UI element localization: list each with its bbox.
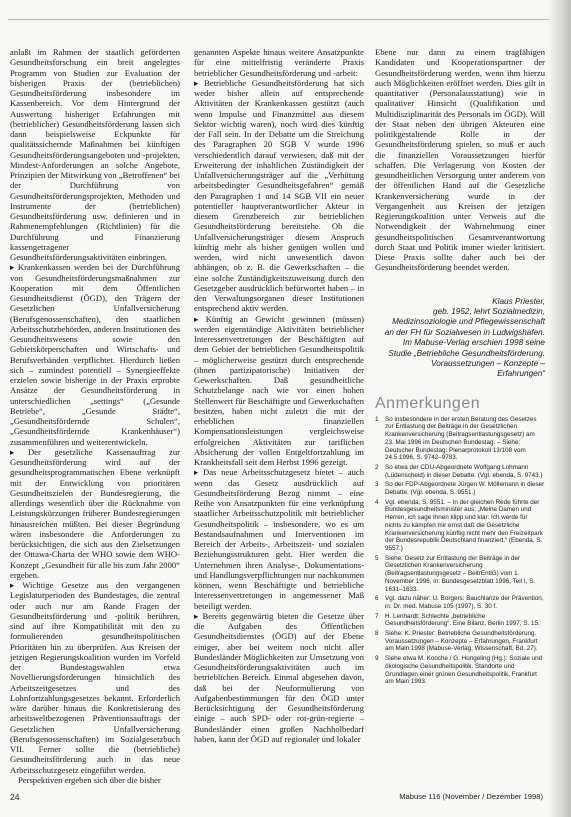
footnote-number: 4 (375, 499, 385, 553)
column-1: anlaßt im Rahmen der staatlich gefördert… (10, 47, 180, 785)
bullet-paragraph: Künftig an Gewicht gewinnen (müssen) wer… (194, 314, 364, 468)
bio-line: Studie „Betriebliche Gesundheitsförderun… (375, 349, 545, 359)
bullet-paragraph: Krankenkassen werden bei der Durchführun… (10, 262, 180, 447)
footnote-text: Siehe: Gesetz zur Entlastung der Beiträg… (385, 555, 545, 594)
footnote: 4Vgl. ebenda, S. 9551. – In der gleichen… (375, 499, 545, 553)
footnote: 1So insbesondere in der ersten Beratung … (375, 416, 545, 462)
bio-line: an der FH für Sozialwesen in Ludwigshafe… (375, 328, 545, 338)
footnote-text: Siehe: K. Priester: Betriebliche Gesundh… (385, 630, 545, 653)
issue-info: Mabuse 116 (November / Dezember 1998) (368, 792, 543, 801)
bio-line: Voraussetzungen – Konzepte – (375, 359, 545, 369)
author-name: Klaus Priester, (375, 297, 545, 307)
footnote-text: Siehe etwa M. Kooche / G. Hungeling (Hg.… (385, 655, 545, 686)
footnote-number: 5 (375, 555, 385, 594)
paragraph: genannten Aspekte hinaus weitere Ansatzp… (194, 47, 364, 78)
footnote: 8Siehe: K. Priester: Betriebliche Gesund… (375, 630, 545, 653)
bullet-paragraph: Wichtige Gesetze aus den vergangenen Leg… (10, 580, 180, 775)
footnote: 3So der FDP-Abgeordnete Jürgen W. Möllem… (375, 481, 545, 496)
bullet-paragraph: Betriebliche Gesundheitsförderung hat si… (194, 78, 364, 314)
footnote-text: Vgl. dazu näher: U. Borgers: Bauchlanze … (385, 595, 545, 610)
paragraph: Perspektiven ergeben sich über die bishe… (10, 775, 180, 785)
bio-line: geb. 1952, lehrt Sozialmedizin, (375, 307, 545, 317)
column-2: genannten Aspekte hinaus weitere Ansatzp… (194, 47, 364, 744)
footnote: 2So etwa der CDU-Abgeordnete Wolfgang Lo… (375, 464, 545, 479)
footnote-text: So insbesondere in der ersten Beratung d… (385, 416, 545, 462)
footnote-text: So der FDP-Abgeordnete Jürgen W. Möllema… (385, 481, 545, 496)
bullet-paragraph: Der gesetzliche Kassenauftrag zur Gesund… (10, 447, 180, 580)
footnote-text: Vgl. ebenda, S. 9551. – In der gleichen … (385, 499, 545, 553)
bio-line: Im Mabuse-Verlag erschien 1998 seine (375, 338, 545, 348)
footnotes-list: 1So insbesondere in der ersten Beratung … (375, 416, 545, 686)
footnote-number: 6 (375, 595, 385, 610)
footnote-number: 1 (375, 416, 385, 462)
footnote: 9Siehe etwa M. Kooche / G. Hungeling (Hg… (375, 655, 545, 686)
footnote-number: 9 (375, 655, 385, 686)
footnote-number: 7 (375, 613, 385, 628)
paragraph: Ebene nur dann zu einem tragfähigen Kand… (375, 47, 545, 273)
column-3: Ebene nur dann zu einem tragfähigen Kand… (375, 47, 545, 688)
footnote: 7H. Lenhardt: Schlechte „betriebliche Ge… (375, 613, 545, 628)
bio-line: Erfahrungen“ (375, 369, 545, 379)
page-number: 24 (10, 792, 19, 802)
footnote-number: 2 (375, 464, 385, 479)
bullet-paragraph: Bereits gegenwärtig bieten die Gesetze ü… (194, 611, 364, 744)
footnote-text: So etwa der CDU-Abgeordnete Wolfgang Loh… (385, 464, 545, 479)
bio-line: Medizinsoziologie und Pflegewissenschaft (375, 317, 545, 327)
footnote-number: 3 (375, 481, 385, 496)
footnote-number: 8 (375, 630, 385, 653)
footnote: 5Siehe: Gesetz zur Entlastung der Beiträ… (375, 555, 545, 594)
top-rule-divider (8, 19, 550, 20)
magazine-page: anlaßt im Rahmen der staatlich gefördert… (0, 0, 571, 817)
footnote-text: H. Lenhardt: Schlechte „betriebliche Ges… (385, 613, 545, 628)
scan-edge-shadow (549, 0, 571, 817)
paragraph: anlaßt im Rahmen der staatlich gefördert… (10, 47, 180, 262)
author-bio: Klaus Priester, geb. 1952, lehrt Sozialm… (375, 297, 545, 380)
notes-heading: Anmerkungen (375, 394, 545, 414)
footnote: 6Vgl. dazu näher: U. Borgers: Bauchlanze… (375, 595, 545, 610)
bullet-paragraph: Das neue Arbeitsschutzgesetz bietet – au… (194, 467, 364, 611)
